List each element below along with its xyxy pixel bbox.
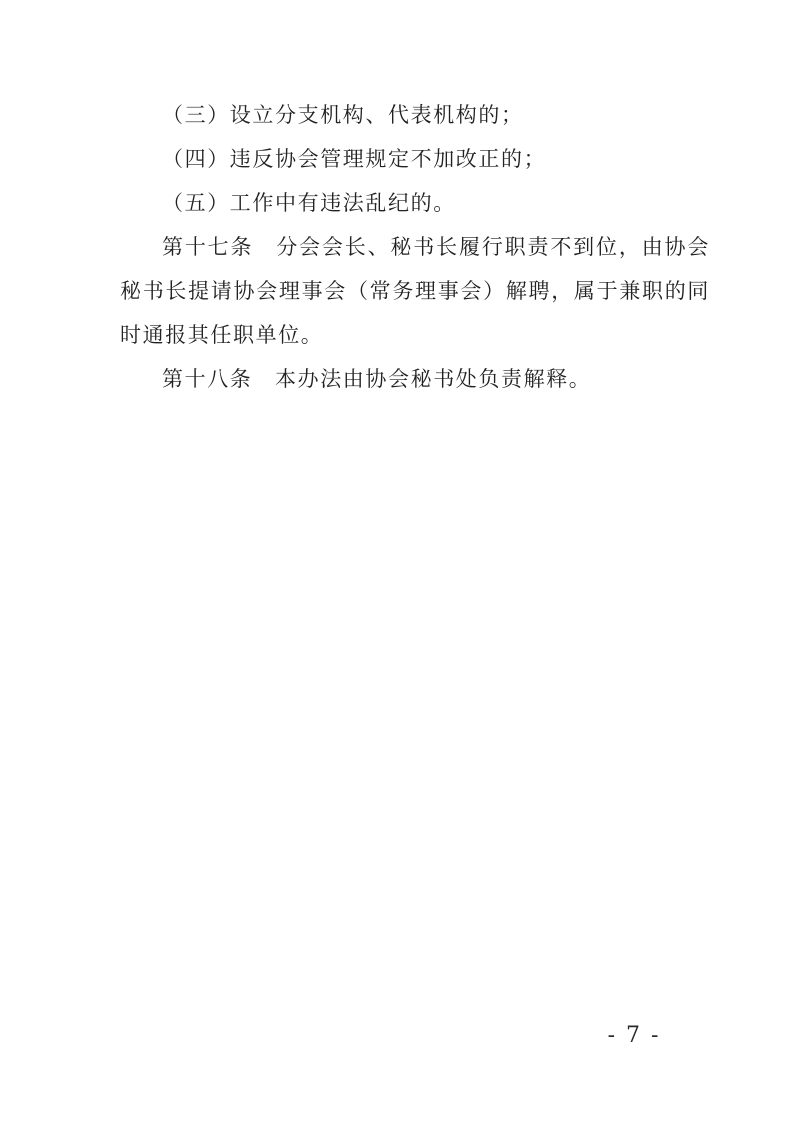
document-page: （三）设立分支机构、代表机构的； （四）违反协会管理规定不加改正的； （五）工作…	[0, 0, 800, 1131]
article-18-paragraph: 第十八条 本办法由协会秘书处负责解释。	[120, 357, 710, 401]
article-17-paragraph: 第十七条 分会会长、秘书长履行职责不到位，由协会秘书长提请协会理事会（常务理事会…	[120, 225, 710, 357]
clause-item-3: （三）设立分支机构、代表机构的；	[120, 93, 710, 137]
clause-item-4: （四）违反协会管理规定不加改正的；	[120, 137, 710, 181]
clause-item-5: （五）工作中有违法乱纪的。	[120, 181, 710, 225]
document-body: （三）设立分支机构、代表机构的； （四）违反协会管理规定不加改正的； （五）工作…	[120, 93, 710, 401]
page-number: - 7 -	[598, 1024, 670, 1048]
